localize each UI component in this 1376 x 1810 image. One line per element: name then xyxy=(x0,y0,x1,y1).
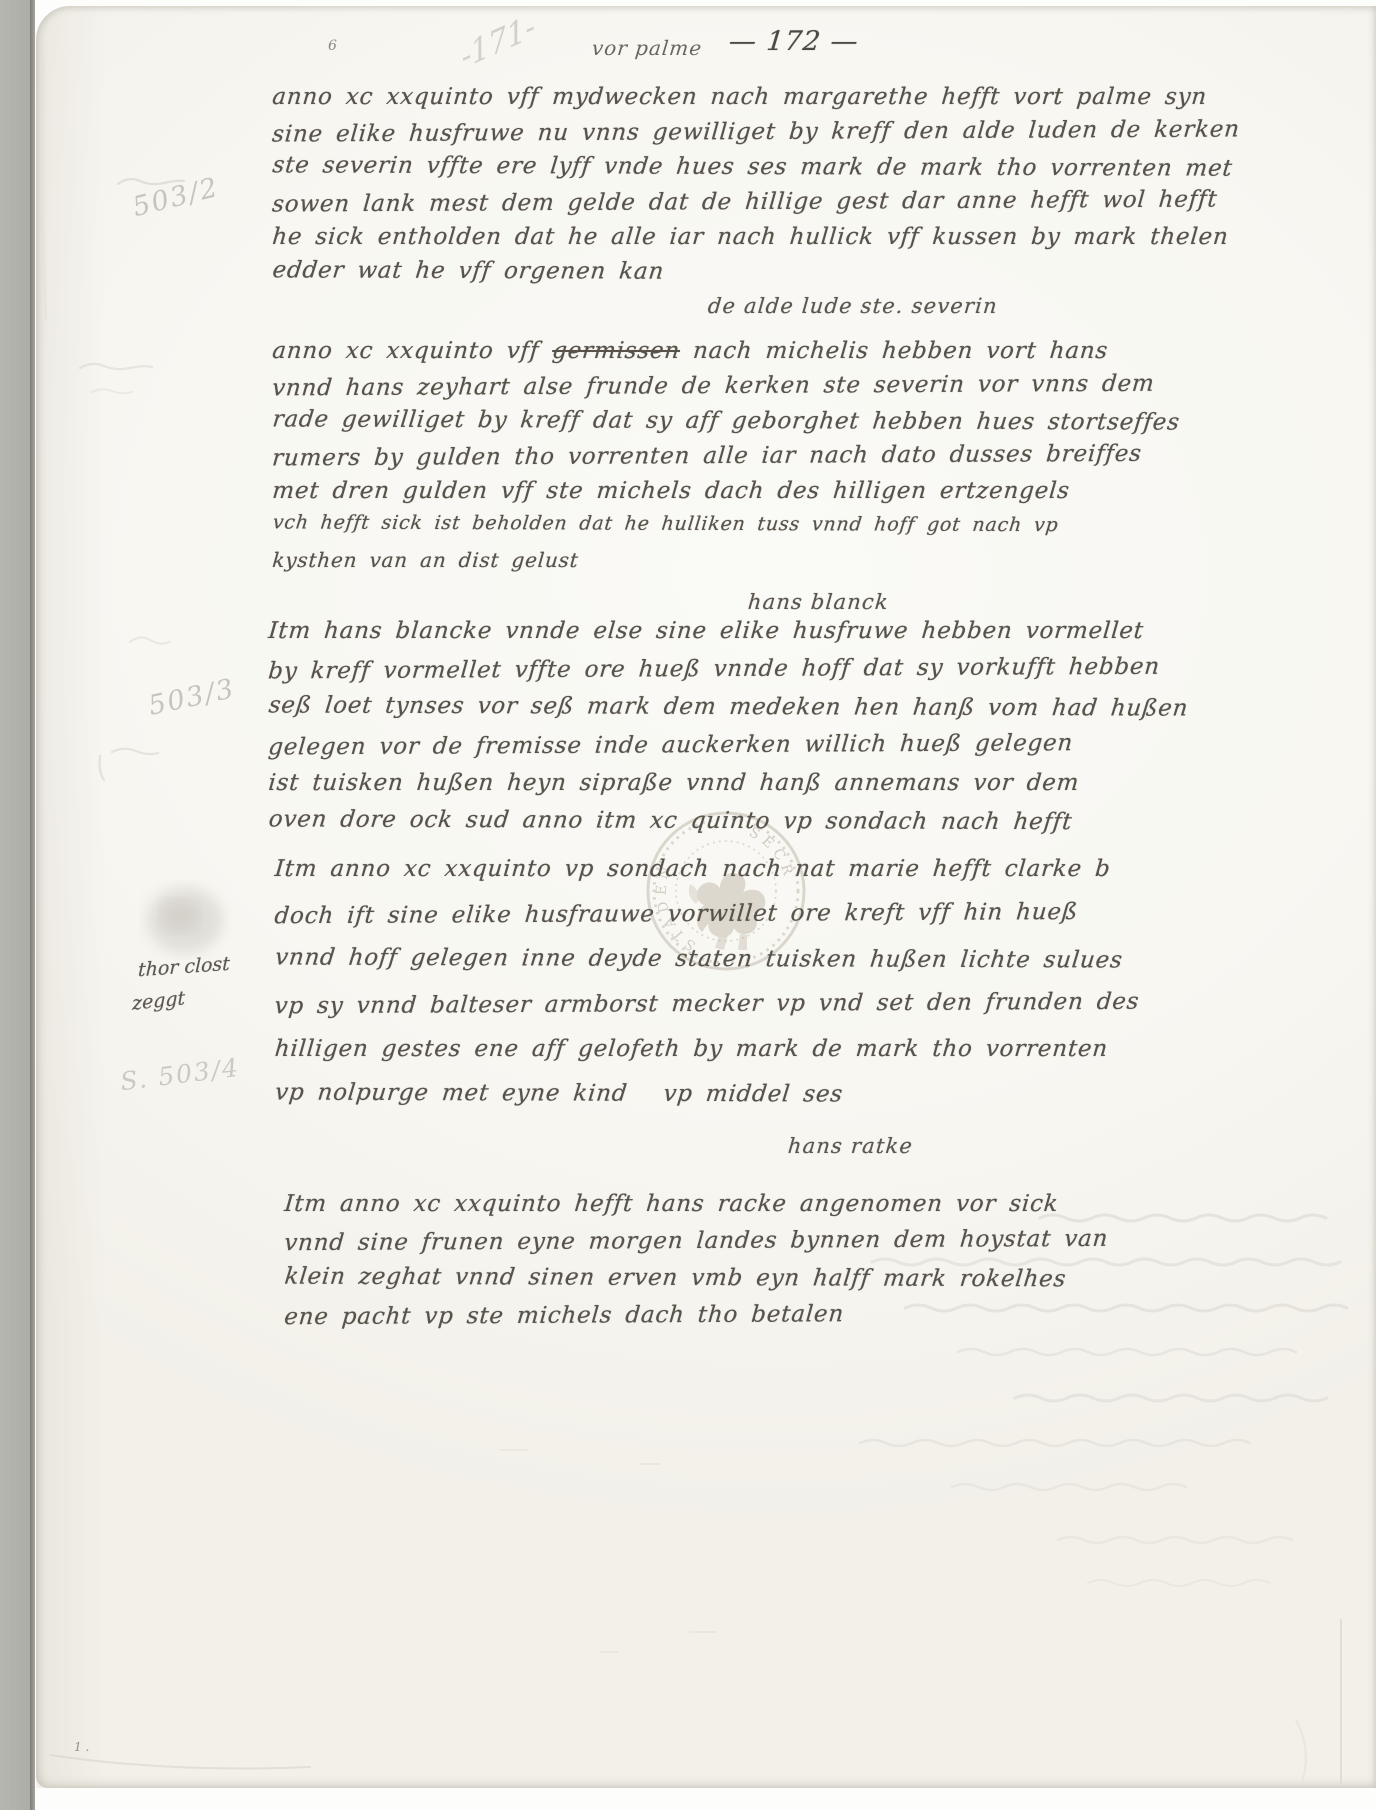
paragraph-2: anno xc xxquinto vff germissen nach mich… xyxy=(272,338,1179,583)
subheading-hans-blanck: hans blanck xyxy=(747,590,890,614)
line-segment: anno xc xxquinto vff xyxy=(271,338,553,364)
section-heading-alde-lude: de alde lude ste. severin xyxy=(707,294,999,318)
manuscript-line: anno xc xxquinto vff germissen nach mich… xyxy=(270,338,1181,373)
struck-word: germissen xyxy=(551,338,681,364)
margin-shelfmark-503-2: 503/2 xyxy=(130,172,223,223)
manuscript-line: vnnd hoff gelegen inne deyde staten tuis… xyxy=(272,944,1141,992)
margin-ink-note-line-1: thor clost xyxy=(138,953,231,982)
footer-sheet-mark: 1 . xyxy=(74,1740,89,1754)
manuscript-line: seß loet tynses vor seß mark dem medeken… xyxy=(266,692,1190,733)
manuscript-line: vnnd hans zeyhart alse frunde de kerken … xyxy=(270,371,1181,411)
manuscript-line: oven dore ock sud anno itm xc quinto vp … xyxy=(266,806,1190,847)
manuscript-line: by kreff vormellet vffte ore hueß vnnde … xyxy=(266,654,1189,697)
manuscript-line: rumers by gulden tho vorrenten alle iar … xyxy=(270,441,1181,481)
margin-ink-note-line-2: zeggt xyxy=(132,987,185,1015)
manuscript-line: vch hefft sick ist beholden dat he hulli… xyxy=(270,511,1181,549)
manuscript-line: Itm anno xc xxquinto vp sondach nach nat… xyxy=(272,856,1140,901)
manuscript-page: 6 -171- vor palme — 172 — anno xc xxquin… xyxy=(36,6,1376,1788)
manuscript-line: sowen lank mest dem gelde dat de hillige… xyxy=(270,186,1241,226)
manuscript-line: he sick entholden dat he alle iar nach h… xyxy=(270,224,1240,259)
manuscript-line: sine elike husfruwe nu vnns gewilliget b… xyxy=(270,116,1241,156)
manuscript-line: vp nolpurge met eyne kind vp middel ses xyxy=(272,1079,1141,1127)
paragraph-5: Itm anno xc xxquinto hefft hans racke an… xyxy=(284,1191,1108,1339)
manuscript-line: hilligen gestes ene aff gelofeth by mark… xyxy=(272,1036,1140,1081)
manuscript-line: Itm anno xc xxquinto hefft hans racke an… xyxy=(282,1191,1109,1228)
manuscript-line: gelegen vor de fremisse inde auckerken w… xyxy=(266,730,1189,773)
line-segment: nach michelis hebben vort hans xyxy=(679,338,1109,364)
subheading-hans-ratke: hans ratke xyxy=(787,1134,914,1158)
manuscript-line: ste severin vffte ere lyff vnde hues ses… xyxy=(270,152,1241,190)
scanner-background-strip xyxy=(0,0,30,1810)
manuscript-line: klein zeghat vnnd sinen erven vmb eyn ha… xyxy=(282,1264,1109,1304)
manuscript-line: rade gewilliget by kreff dat sy aff gebo… xyxy=(270,406,1181,444)
manuscript-line: kysthen van an dist gelust xyxy=(270,548,1181,583)
paragraph-3: Itm hans blancke vnnde else sine elike h… xyxy=(268,618,1188,846)
manuscript-line: doch ift sine elike husfrauwe vorwillet … xyxy=(272,899,1140,949)
manuscript-line: vnnd sine frunen eyne morgen landes bynn… xyxy=(282,1226,1109,1267)
manuscript-line: anno xc xxquinto vff mydwecken nach marg… xyxy=(270,84,1240,119)
manuscript-line: met dren gulden vff ste michels dach des… xyxy=(270,478,1181,513)
manuscript-line: vp sy vnnd balteser armborst mecker vp v… xyxy=(272,989,1140,1039)
manuscript-line: Itm hans blancke vnnde else sine elike h… xyxy=(266,618,1189,656)
manuscript-line: ist tuisken hußen heyn sipraße vnnd hanß… xyxy=(266,770,1189,808)
manuscript-line: ene pacht vp ste michels dach tho betale… xyxy=(282,1300,1109,1341)
faded-previous-page-number: -171- xyxy=(458,7,538,76)
header-corner-mark: 6 xyxy=(328,38,337,54)
running-title: vor palme xyxy=(591,36,704,60)
paper-left-edge-shading xyxy=(36,6,106,1788)
margin-shelfmark-503-4: S. 503/4 xyxy=(119,1053,242,1096)
paragraph-1: anno xc xxquinto vff mydwecken nach marg… xyxy=(272,84,1239,294)
page-number: — 172 — xyxy=(727,26,860,57)
scanned-page: 6 -171- vor palme — 172 — anno xc xxquin… xyxy=(0,0,1376,1810)
manuscript-line: edder wat he vff orgenen kan xyxy=(270,257,1241,295)
paragraph-4: Itm anno xc xxquinto vp sondach nach nat… xyxy=(274,856,1138,1126)
margin-shelfmark-503-3: 503/3 xyxy=(146,673,238,722)
page-edge-shadow-line xyxy=(30,0,35,1810)
